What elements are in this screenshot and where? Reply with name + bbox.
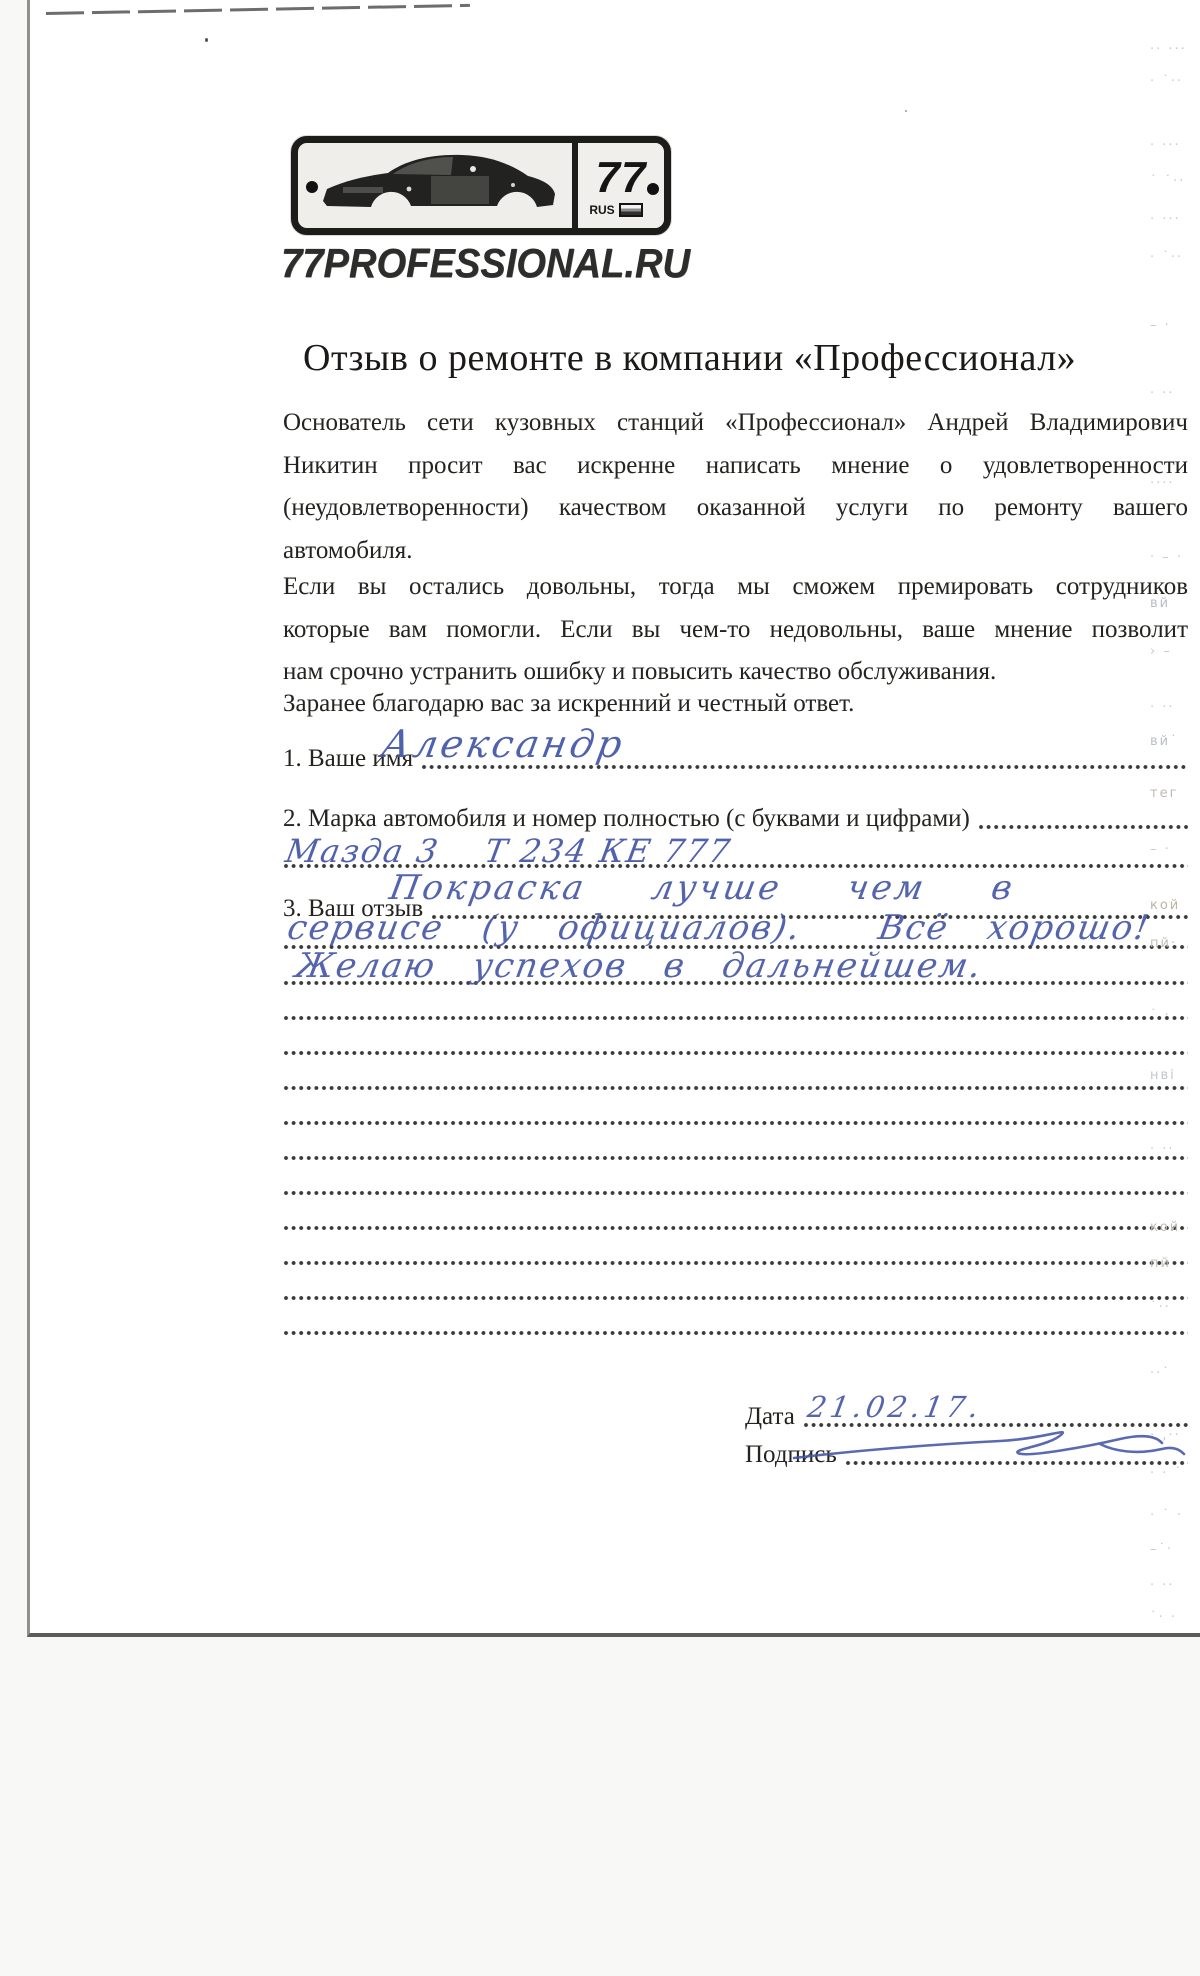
bleedthrough-artifact: · ··: [1150, 1578, 1175, 1593]
handwritten-review-line-3: Желаю успехов в дальнейшем.: [292, 946, 985, 986]
dotted-answer-line: [283, 1185, 1188, 1220]
bleedthrough-artifact: ·· ···: [1150, 42, 1187, 57]
bleedthrough-artifact: нві: [1150, 1068, 1176, 1083]
body-line: которые вам помогли. Если вы чем-то недо…: [283, 609, 1188, 652]
handwritten-review-line-2: сервисе (у официалов). Всё хорошо!: [284, 908, 1153, 948]
bleedthrough-artifact: – ·: [1150, 318, 1171, 333]
handwritten-car-info: Мазда 3 Т 234 КЕ 777: [283, 832, 735, 870]
bleedthrough-artifact: – ··: [1150, 422, 1177, 437]
dotted-answer-line: [283, 1290, 1188, 1325]
question-2-label: 2. Марка автомобиля и номер полностью (с…: [283, 802, 970, 836]
dotted-answer-line: [978, 823, 1188, 831]
scan-speck: [205, 38, 208, 42]
bleedthrough-artifact: · ··: [1150, 386, 1175, 401]
dotted-answer-line: [283, 1220, 1188, 1255]
bleedthrough-artifact: · ˙··: [1150, 250, 1183, 265]
bleedthrough-artifact: · ···: [1150, 138, 1181, 153]
bleedthrough-artifact: › –: [1150, 644, 1172, 659]
bleedthrough-artifact: тег: [1150, 786, 1178, 801]
intro-paragraph-1: Основатель сети кузовных станций «Профес…: [283, 402, 1188, 572]
logo-site-text: 77PROFESSIONAL.RU: [281, 240, 690, 287]
bleedthrough-artifact: – ·: [1150, 842, 1171, 857]
scanned-document: 77 RUS 77PROFESSIONAL.RU Отзыв о ремонте…: [0, 0, 1200, 1976]
dotted-answer-line: [283, 1115, 1188, 1150]
bleedthrough-artifact: –˙·: [1150, 1542, 1173, 1557]
plate-region-sub: RUS: [589, 203, 642, 217]
bleedthrough-artifact: · ··: [1150, 700, 1175, 715]
question-2-row: 2. Марка автомобиля и номер полностью (с…: [283, 802, 1188, 836]
body-line: Основатель сети кузовных станций «Профес…: [283, 402, 1188, 445]
plate-car-section: [298, 143, 572, 228]
bleedthrough-artifact: кой: [1150, 898, 1180, 913]
plate-region-number: 77: [596, 156, 647, 200]
dotted-answer-line: [283, 1010, 1188, 1045]
handwritten-car-plate: Т 234 КЕ 777: [482, 832, 735, 870]
bleedthrough-artifact: · – ·: [1150, 550, 1183, 565]
plate-region-section: 77 RUS: [572, 143, 664, 228]
bleedthrough-artifact: вй: [1150, 596, 1170, 611]
body-line: Никитин просит вас искренне написать мне…: [283, 445, 1188, 488]
handwritten-review-line-1: Покраска лучше чем в: [386, 868, 1018, 908]
dotted-answer-line: [283, 1080, 1188, 1115]
plate-region-country: RUS: [589, 203, 614, 217]
bleedthrough-artifact: пй·: [1150, 936, 1177, 951]
document-title: Отзыв о ремонте в компании «Профессионал…: [303, 336, 1183, 380]
bleedthrough-artifact: ˙· ·: [1150, 1610, 1177, 1625]
scan-speck: [905, 110, 907, 112]
car-silhouette-icon: [313, 149, 557, 223]
dotted-answer-line: [283, 1150, 1188, 1185]
bleedthrough-artifact: ˙··: [1150, 1300, 1171, 1315]
dotted-answer-line: [283, 1045, 1188, 1080]
bleedthrough-artifact: вй˙: [1150, 734, 1179, 749]
bleedthrough-artifact: пй: [1150, 1256, 1171, 1271]
thanks-line: Заранее благодарю вас за искренний и чес…: [283, 690, 854, 718]
bleedthrough-artifact: кой: [1150, 1220, 1180, 1235]
bleedthrough-artifact: · ··: [1150, 1142, 1175, 1157]
signature-scribble: [790, 1418, 1190, 1480]
plate-screw-icon: [647, 183, 659, 195]
dotted-answer-line: [283, 1255, 1188, 1290]
plate-screw-icon: [306, 181, 318, 193]
bleedthrough-artifact: ˙ ·: [1150, 1008, 1171, 1023]
license-plate-logo: 77 RUS: [291, 136, 671, 235]
bleedthrough-artifact: · ˙··: [1150, 74, 1183, 89]
empty-dotted-lines: [283, 1010, 1188, 1360]
date-label: Дата: [745, 1400, 795, 1434]
handwritten-car-make: Мазда 3: [283, 832, 443, 870]
dotted-answer-line: [283, 1325, 1188, 1360]
bleedthrough-artifact: ˙ ˙··: [1150, 174, 1185, 189]
body-line: (неудовлетворенности) качеством оказанно…: [283, 487, 1188, 530]
bleedthrough-artifact: ····: [1150, 476, 1175, 491]
company-logo: 77 RUS 77PROFESSIONAL.RU: [291, 136, 721, 287]
bleedthrough-artifact: · · ˙: [1150, 1466, 1183, 1481]
body-line: нам срочно устранить ошибку и повысить к…: [283, 651, 1188, 694]
bleedthrough-artifact: · ···: [1150, 212, 1181, 227]
bleedthrough-artifact: · ‚··: [1150, 1428, 1181, 1443]
russian-flag-icon: [619, 203, 643, 217]
bleedthrough-artifact: · ˙ ·: [1150, 1508, 1183, 1523]
body-line: Если вы остались довольны, тогда мы смож…: [283, 566, 1188, 609]
bleedthrough-artifact: ··˙: [1150, 1366, 1171, 1381]
intro-paragraph-2: Если вы остались довольны, тогда мы смож…: [283, 566, 1188, 694]
handwritten-name: Александр: [378, 722, 628, 766]
